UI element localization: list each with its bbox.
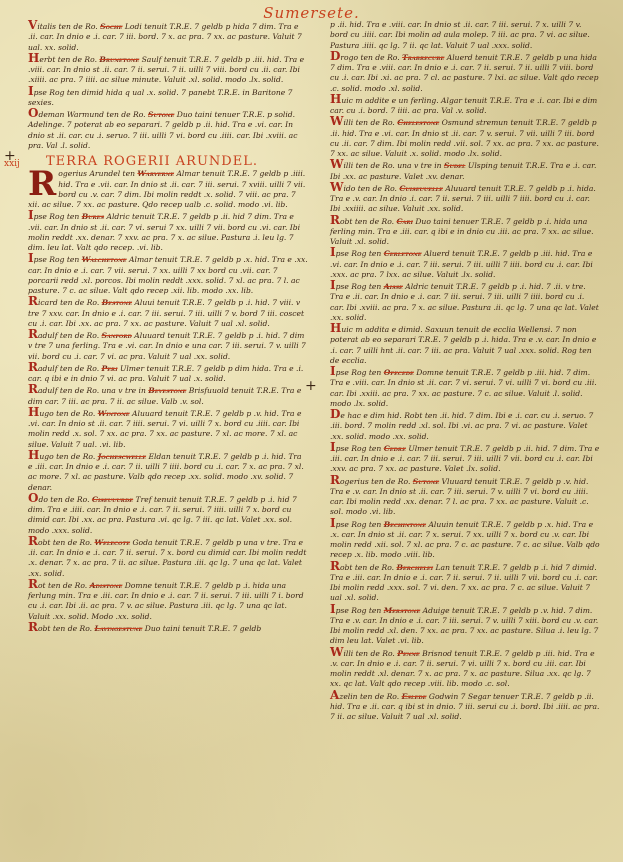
place-name: Jochescwelle [98, 452, 146, 461]
rubricated-initial: R [330, 473, 340, 487]
place-name: Walchetone [82, 255, 127, 264]
place-name: Sutone [148, 110, 174, 119]
entry-head: pse Rog ten [336, 606, 382, 615]
place-name: Trabrecube [402, 53, 444, 62]
entry-head: pse Rog ten [336, 444, 382, 453]
place-name: Soche [100, 22, 122, 31]
manuscript-entry: Hugo ten de Ro. Wintone Aluuard tenuit T… [28, 407, 308, 450]
manuscript-entry: Hugo ten de Ro. Jochescwelle Eldan tenui… [28, 450, 308, 493]
entry-head: obt ten de Ro. [340, 563, 394, 572]
place-name: Sudel [444, 161, 466, 170]
manuscript-entry: Willi ten de Ro. una v tre in Sudel Ulsp… [330, 159, 600, 182]
manuscript-entry: p .ii. hid. Tra e .viii. car. In dnio st… [330, 20, 600, 51]
manuscript-entry: Ipse Rog ten Merstone Aduige tenuit T.R.… [330, 604, 600, 647]
entry-head: pse Rog ten [336, 282, 382, 291]
rubricated-initial: H [28, 448, 39, 462]
entry-head: illi ten de Ro. [343, 118, 394, 127]
manuscript-entry: Robt ten de Ro. Cari Duo taini tenuer T.… [330, 215, 600, 248]
manuscript-entry: Ipse Rog ten Cerletone Aluerd tenuit T.R… [330, 247, 600, 280]
place-name: Sutone [413, 477, 439, 486]
left-column: Vitalis ten de Ro. Soche Lodi tenuit T.R… [28, 20, 308, 634]
manuscript-entry: Willi ten de Ro. Chelestone Osmund strem… [330, 116, 600, 159]
entry-head: adulf ten de Ro. una v tre in [38, 386, 146, 395]
chapter-rubric: TERRA ROGERII ARUNDEL. [46, 157, 308, 167]
entry-head: ogerius Arundel ten [58, 169, 135, 178]
entry-head: p .ii. hid. Tra e .viii. car. In dnio st… [330, 20, 590, 50]
entry-head: ugo ten de Ro. [39, 409, 95, 418]
entry-head: e hac e dim hid. Robt ten .ii. hid. 7 di… [330, 411, 593, 441]
place-name: Eslede [402, 692, 427, 701]
manuscript-entry: Wido ten de Ro. Cuiseuuelle Aluuard tenu… [330, 182, 600, 215]
right-column: p .ii. hid. Tra e .viii. car. In dnio st… [330, 20, 600, 722]
entry-head: obt ten de Ro. [38, 538, 92, 547]
manuscript-entry: Robt ten de Ro. Berchelei Lan tenuit T.R… [330, 561, 600, 604]
place-name: Berchelei [397, 563, 434, 572]
rubricated-initial: A [330, 688, 339, 702]
entry-head: do ten de Ro. [38, 495, 89, 504]
entry-head: ot ten de Ro. [38, 581, 87, 590]
entry-head: italis ten de Ro. [37, 22, 97, 31]
entry-head: illi ten de Ro. [343, 649, 394, 658]
place-name: Wintone [98, 409, 130, 418]
manuscript-entry: Willi ten de Ro. Penne Brisnod tenuit T.… [330, 647, 600, 690]
rubricated-initial: R [28, 534, 38, 548]
rubricated-initial: R [330, 213, 340, 227]
manuscript-entry: Radulf ten de Ro. Sanford Aluuard tenuit… [28, 329, 308, 362]
manuscript-entry: Ipse Rog ten Opecede Domne tenuit T.R.E.… [330, 366, 600, 409]
entry-head: obt ten de Ro. [38, 624, 92, 633]
place-name: Cari [397, 217, 413, 226]
place-name: Merstone [384, 606, 420, 615]
manuscript-entry: Huic m addita e dimid. Saxuun tenuit de … [330, 323, 600, 366]
entry-head: ugo ten de Ro. [39, 452, 95, 461]
place-name: Ciseuuurde [92, 495, 133, 504]
chapter-number: xxij [4, 159, 20, 169]
entry-head: pse Rog ten dimid hida q ual .x. solid. [34, 88, 179, 97]
rubricated-initial: D [330, 49, 340, 63]
place-name: Cerletone [384, 249, 422, 258]
entry-head: zelin ten de Ro. [339, 692, 399, 701]
manuscript-entry: Ipse Rog ten Walchetone Almar tenuit T.R… [28, 253, 308, 296]
rubricated-initial: V [28, 18, 37, 32]
entry-head: pse Rog ten [336, 520, 382, 529]
rubricated-initial: R [28, 327, 38, 341]
place-name: Cuiseuuelle [399, 184, 443, 193]
rubricated-initial: H [330, 321, 341, 335]
place-name: Bures [82, 212, 104, 221]
rubricated-initial: W [330, 180, 343, 194]
entry-head: pse Rog ten [336, 249, 382, 258]
entry-head: ogerius ten de Ro. [340, 477, 410, 486]
manuscript-entry: Azelin ten de Ro. Eslede Godwin 7 Segar … [330, 690, 600, 723]
place-name: Penne [397, 649, 419, 658]
place-name: Adistone [90, 581, 123, 590]
manuscript-entry: Robt ten de Ro. Lavingestune Duo taini t… [28, 622, 308, 634]
place-name: Warverne [137, 169, 174, 178]
rubricated-initial: H [28, 405, 39, 419]
manuscript-entry: Radulf ten de Ro. Peri Ulmer tenuit T.R.… [28, 362, 308, 385]
entry-head: uic m addita e dimid. Saxuun tenuit de e… [330, 325, 596, 365]
manuscript-entry: Ipse Rog ten Cedre Ulmer tenuit T.R.E. 7… [330, 442, 600, 475]
rubricated-initial: D [330, 407, 340, 421]
rubricated-initial: R [28, 169, 56, 199]
entry-text: Duo taini tenuit T.R.E. 7 geldb [145, 624, 262, 633]
manuscript-entry: Herbt ten de Ro. Brunetone Saulf tenuit … [28, 53, 308, 86]
rubricated-initial: R [28, 577, 38, 591]
entry-head: adulf ten de Ro. [38, 364, 99, 373]
place-name: Bechintone [384, 520, 426, 529]
manuscript-entry: Rot ten de Ro. Adistone Domne tenuit T.R… [28, 579, 308, 622]
place-name: Peri [102, 364, 118, 373]
rubricated-initial: W [330, 157, 343, 171]
place-name: Opecede [384, 368, 414, 377]
manuscript-entry: Radulf ten de Ro. una v tre in Bevestone… [28, 384, 308, 407]
manuscript-entry: Rogerius Arundel ten Warverne Almar tenu… [28, 169, 308, 210]
manuscript-entry: Huic m addite e un ferling. Algar tenuit… [330, 94, 600, 117]
manuscript-entry: Ricard ten de Ro. Bestone Aluui tenuit T… [28, 296, 308, 329]
manuscript-entry: De hac e dim hid. Robt ten .ii. hid. 7 d… [330, 409, 600, 442]
place-name: Sanford [102, 331, 132, 340]
rubricated-initial: H [28, 51, 39, 65]
manuscript-entry: Drogo ten de Ro. Trabrecube Aluerd tenui… [330, 51, 600, 94]
manuscript-entry: Odo ten de Ro. Ciseuuurde Tref tenuit te… [28, 493, 308, 536]
entry-head: deman Warmund ten de Ro. [38, 110, 145, 119]
place-name: Brunetone [99, 55, 139, 64]
manuscript-entry: Robt ten de Ro. Welecote Goda tenuit T.R… [28, 536, 308, 579]
rubricated-initial: R [28, 360, 38, 374]
manuscript-entry: Ipse Rog ten dimid hida q ual .x. solid.… [28, 86, 308, 109]
entry-head: icard ten de Ro. [38, 298, 99, 307]
entry-head: pse Rog ten [34, 255, 80, 264]
entry-head: uic m addite e un ferling. Algar tenuit … [330, 96, 597, 115]
rubricated-initial: O [28, 106, 38, 120]
place-name: Bevestone [148, 386, 186, 395]
manuscript-entry: Ipse Rog ten Bechintone Aluuin tenuit T.… [330, 518, 600, 561]
place-name: Cedre [384, 444, 406, 453]
manuscript-entry: Vitalis ten de Ro. Soche Lodi tenuit T.R… [28, 20, 308, 53]
entry-head: obt ten de Ro. [340, 217, 394, 226]
place-name: Chelestone [397, 118, 439, 127]
entry-head: adulf ten de Ro. [38, 331, 99, 340]
rubricated-initial: W [330, 114, 343, 128]
manuscript-entry: Ipse Rog ten Bures Aldric tenuit T.R.E. … [28, 210, 308, 253]
rubricated-initial: R [330, 559, 340, 573]
entry-head: pse Rog ten [336, 368, 382, 377]
rubricated-initial: O [28, 491, 38, 505]
place-name: Bestone [102, 298, 132, 307]
rubricated-initial: R [28, 620, 38, 634]
entry-head: illi ten de Ro. una v tre in [343, 161, 441, 170]
place-name: Aisse [384, 282, 403, 291]
manuscript-entry: Ipse Rog ten Aisse Aldric tenuit T.R.E. … [330, 280, 600, 323]
place-name: Welecote [95, 538, 131, 547]
entry-head: erbt ten de Ro. [39, 55, 97, 64]
entry-head: pse Rog ten [34, 212, 80, 221]
place-name: Lavingestune [95, 624, 143, 633]
manuscript-entry: Odeman Warmund ten de Ro. Sutone Duo tai… [28, 108, 308, 151]
rubricated-initial: W [330, 645, 343, 659]
rubricated-initial: H [330, 92, 341, 106]
entry-head: rogo ten de Ro. [340, 53, 399, 62]
entry-head: ido ten de Ro. [343, 184, 396, 193]
manuscript-entry: Rogerius ten de Ro. Sutone Vluuard tenui… [330, 475, 600, 518]
rubricated-initial: R [28, 294, 38, 308]
rubricated-initial: R [28, 382, 38, 396]
